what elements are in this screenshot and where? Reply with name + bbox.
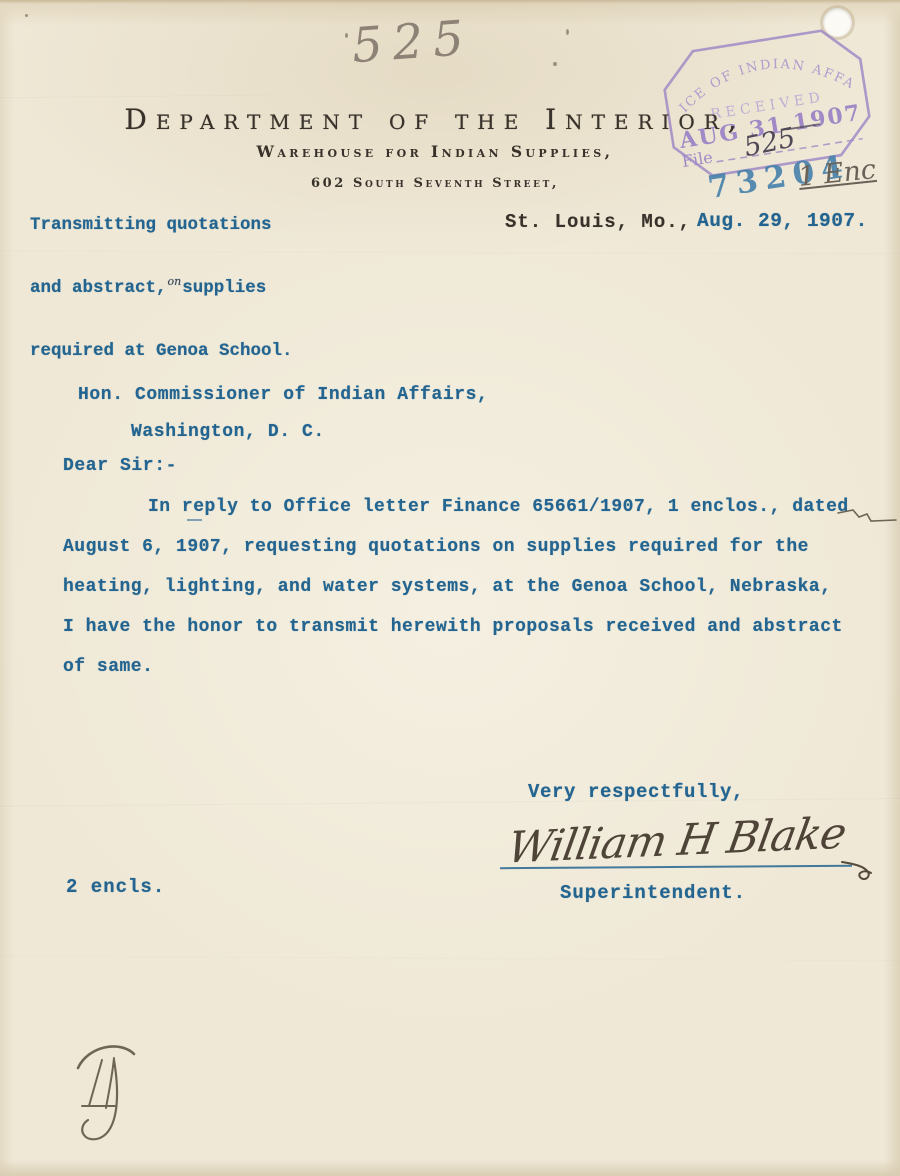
paper-speck [25,14,28,17]
addressee-line2: Washington, D. C. [131,422,325,442]
signature-william-h-blake: William H Blake [504,808,849,873]
addressee-line1: Hon. Commissioner of Indian Affairs, [78,385,488,405]
paper-crease [0,95,270,100]
body-line-4: I have the honor to transmit herewith pr… [63,617,843,637]
stray-ink-dashes [187,519,202,521]
paper-speck [566,29,569,35]
body-line-1: In reply to Office letter Finance 65661/… [148,497,849,517]
body-line-3: heating, lighting, and water systems, at… [63,577,832,597]
dateline-date: Aug. 29, 1907. [697,210,868,232]
side-note-line2: and abstract,onsupplies [30,278,293,299]
signer-title: Superintendent. [560,882,746,904]
body-line-2: August 6, 1907, requesting quotations on… [63,537,809,557]
margin-pencil-squiggle [836,504,898,530]
enclosure-count: 2 encls. [66,876,165,898]
body-line-5: of same. [63,657,153,677]
scanned-letter-page: 525 OFFICE OF INDIAN AFFAIRS RECEIVED AU… [0,0,900,1176]
paper-speck [553,62,557,66]
letterhead-department: Department of the Interior, [0,103,870,136]
subject-side-note: Transmitting quotations and abstract,ons… [30,173,293,404]
salutation: Dear Sir:- [63,456,177,476]
side-note-line1: Transmitting quotations [30,215,293,236]
handwritten-file-number: 525 [350,10,475,74]
paper-speck [345,33,348,38]
bottom-pencil-monogram [60,1038,170,1148]
paper-crease [0,956,900,963]
dateline-place: St. Louis, Mo., [505,211,691,233]
signature-end-flourish [840,856,874,886]
closing-phrase: Very respectfully, [528,781,744,803]
inserted-word: on [168,271,182,292]
paper-crease [0,798,900,808]
side-note-line3: required at Genoa School. [30,341,293,362]
letterhead-warehouse: Warehouse for Indian Supplies, [0,142,870,161]
